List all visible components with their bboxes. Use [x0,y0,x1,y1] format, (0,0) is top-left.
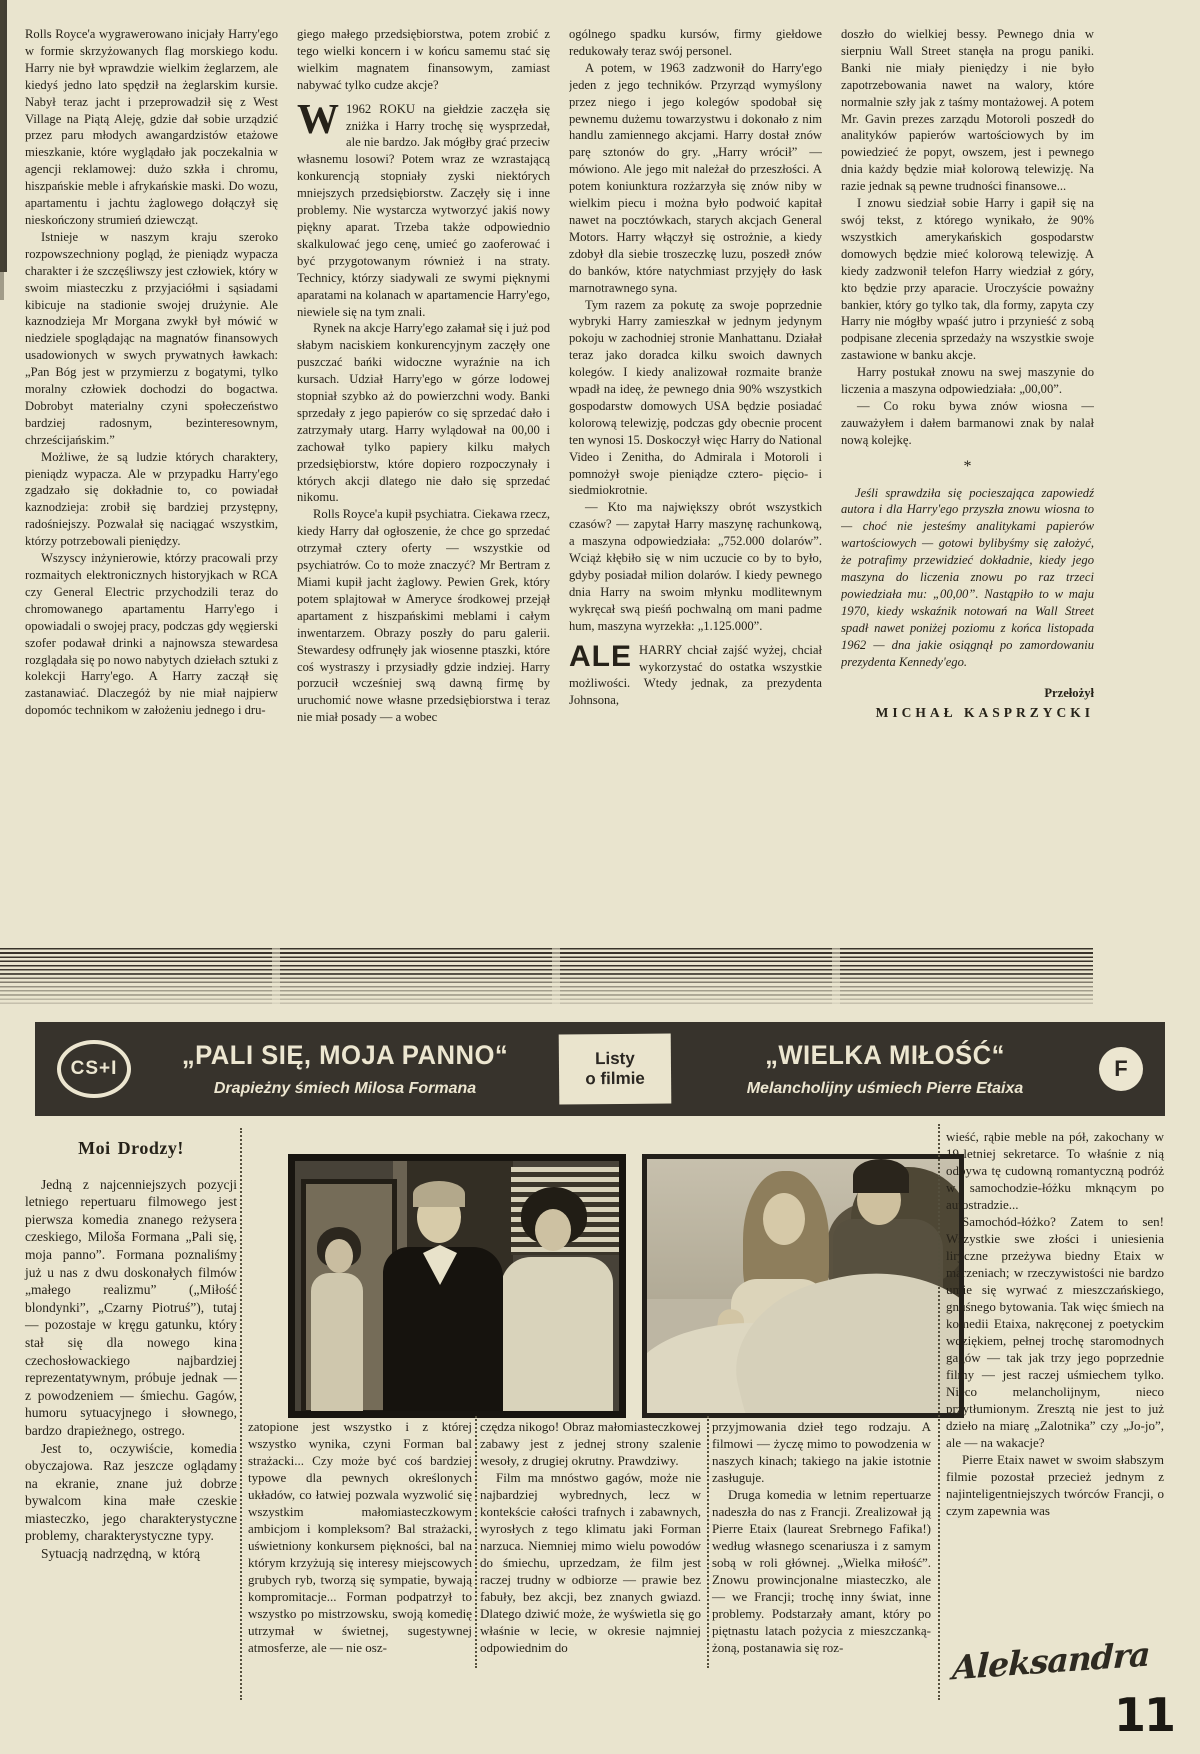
paragraph: Film ma mnóstwo gagów, może nie najbardz… [480,1469,701,1656]
article-top: Rolls Royce'a wygrawerowano inicjały Har… [25,26,1094,942]
letter-column-c: przyjmowania dzieł tego rodzaju. A filmo… [712,1418,931,1656]
lead-initial: ALE [569,642,639,670]
paragraph: Pierre Etaix nawet w swoim słabszym film… [946,1451,1164,1519]
paragraph: Jedną z najcenniejszych pozycji letniego… [25,1176,237,1440]
paragraph: Sytuacją nadrzędną, w którą [25,1545,237,1563]
badge-line-2: o filmie [585,1069,645,1090]
page-number: 11 [1114,1688,1174,1742]
paragraph: — Kto ma największy obrót wszystkich cza… [569,499,822,634]
paragraph: Samochód-łóżko? Zatem to sen! Wszystkie … [946,1213,1164,1451]
paragraph: A potem, w 1963 zadzwonił do Harry'ego j… [569,60,822,297]
paragraph: Jeśli sprawdziła się pocieszająca zapowi… [841,485,1094,671]
photo-shape [535,1209,571,1251]
film2-title: „WIELKA MIŁOŚĆ“ [682,1040,1089,1071]
paragraph: Jest to, oczywiście, komedia obyczajowa.… [25,1440,237,1546]
handwritten-signature: Aleksandra [952,1636,1133,1688]
paragraph: wieść, rąbie meble na pół, zakochany w 1… [946,1128,1164,1213]
paragraph: I znowu siedział sobie Harry i gapił się… [841,195,1094,364]
letter-column-a: zatopione jest wszystko i z której wszys… [248,1418,472,1656]
letter-intro-column: Moi Drodzy! Jedną z najcenniejszych pozy… [25,1140,237,1563]
listy-o-filmie-badge: Listy o filmie [559,1034,672,1105]
photo-shape [853,1159,909,1193]
dotted-column-rule [938,1124,940,1700]
dotted-column-rule [475,1416,477,1668]
letter-column-b: czędza nikogo! Obraz małomiasteczkowej z… [480,1418,701,1656]
article-column-2: giego małego przedsiębiorstwa, potem zro… [297,26,550,942]
letter-intro-paragraphs: Jedną z najcenniejszych pozycji letniego… [25,1176,237,1563]
article-column-1: Rolls Royce'a wygrawerowano inicjały Har… [25,26,278,942]
photo-shape [763,1193,805,1245]
stripe-divider [0,948,1093,1004]
film-review-banner: CS+I „PALI SIĘ, MOJA PANNO“ Drapieżny śm… [35,1022,1165,1116]
dotted-column-rule [240,1128,242,1700]
photo-shape [413,1181,465,1207]
paragraph: czędza nikogo! Obraz małomiasteczkowej z… [480,1418,701,1469]
lead-initial: W [297,101,346,136]
photo-shape [501,1257,613,1417]
paragraph: ogólnego spadku kursów, firmy giełdowe r… [569,26,822,60]
paragraph: Harry postukał znowu na swej maszynie do… [841,364,1094,398]
paragraph: — Co roku bywa znów wiosna — zauważyłem … [841,398,1094,449]
scan-edge-artifact [0,0,4,300]
film1-title: „PALI SIĘ, MOJA PANNO“ [142,1040,549,1071]
magazine-page: Rolls Royce'a wygrawerowano inicjały Har… [0,0,1200,1754]
paragraph: Wszyscy inżynierowie, którzy pracowali p… [25,550,278,719]
paragraph: giego małego przedsiębiorstwa, potem zro… [297,26,550,94]
film1-subtitle: Drapieżny śmiech Milosa Formana [131,1080,559,1098]
article-column-3: ogólnego spadku kursów, firmy giełdowe r… [569,26,822,942]
paragraph: ALEHARRY chciał zajść wyżej, chciał wyko… [569,642,822,710]
film-still-firemens-ball [288,1154,626,1418]
paragraph: W1962 ROKU na giełdzie zaczęła się zniżk… [297,101,550,321]
paragraph: Rolls Royce'a wygrawerowano inicjały Har… [25,26,278,229]
paragraph: doszło do wielkiej bessy. Pewnego dnia w… [841,26,1094,195]
paragraph: zatopione jest wszystko i z której wszys… [248,1418,472,1656]
paragraph: przyjmowania dzieł tego rodzaju. A filmo… [712,1418,931,1486]
paragraph: Przełożył [841,685,1094,702]
cs-plus-i-logo: CS+I [57,1040,131,1098]
film1-block: „PALI SIĘ, MOJA PANNO“ Drapieżny śmiech … [131,1040,559,1098]
paragraph: MICHAŁ KASPRZYCKI [841,705,1094,722]
film2-block: „WIELKA MIŁOŚĆ“ Melancholijny uśmiech Pi… [671,1040,1099,1098]
paragraph: Rolls Royce'a kupił psychiatra. Ciekawa … [297,506,550,726]
paragraph: Druga komedia w letnim repertuarze nades… [712,1486,931,1656]
paragraph: Istnieje w naszym kraju szeroko rozpowsz… [25,229,278,449]
film2-subtitle: Melancholijny uśmiech Pierre Etaixa [671,1080,1099,1098]
photo-shape [325,1239,353,1273]
paragraph: * [841,459,1094,476]
paragraph: Możliwe, że są ludzie których charaktery… [25,449,278,550]
film-still-le-grand-amour [642,1154,964,1418]
photo-shape [311,1273,363,1413]
letter-heading: Moi Drodzy! [25,1140,237,1158]
paragraph: Rynek na akcje Harry'ego załamał się i j… [297,320,550,506]
article-column-4: doszło do wielkiej bessy. Pewnego dnia w… [841,26,1094,942]
f-logo: F [1099,1047,1143,1091]
paragraph: Tym razem za pokutę za swoje poprzednie … [569,297,822,500]
dotted-column-rule [707,1416,709,1668]
badge-line-1: Listy [595,1049,635,1069]
letter-column-d: wieść, rąbie meble na pół, zakochany w 1… [946,1128,1164,1519]
